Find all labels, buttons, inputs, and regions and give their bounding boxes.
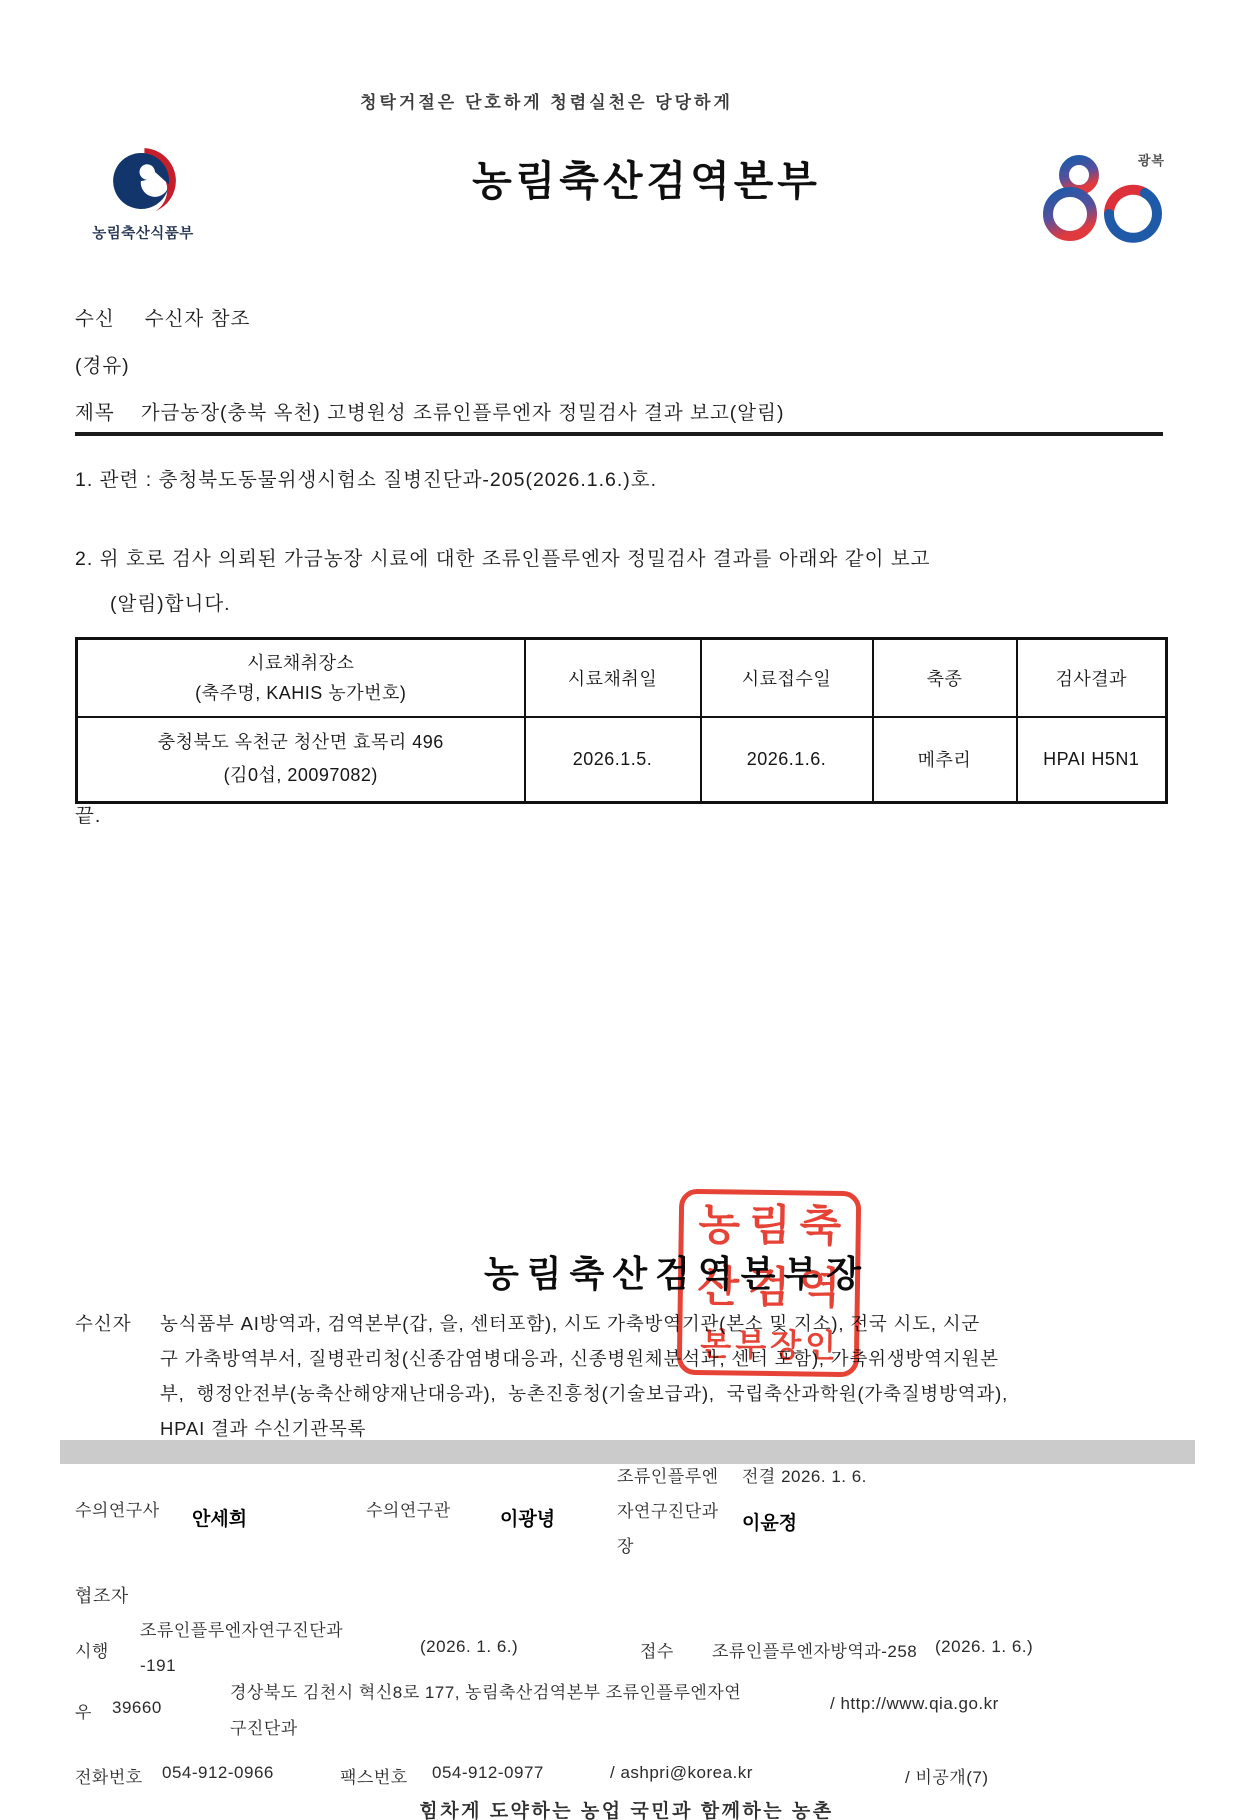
researcher-title: 수의연구사 — [75, 1496, 160, 1521]
receipt-date: (2026. 1. 6.) — [935, 1637, 1033, 1657]
director-name: 이윤정 — [742, 1508, 797, 1535]
director-approval-note: 전결 2026. 1. 6. — [742, 1462, 867, 1487]
cell-species: 메추리 — [873, 717, 1017, 803]
inspection-result-table: 시료채취장소 (축주명, KAHIS 농가번호) 시료채취일 시료접수일 축종 … — [75, 637, 1168, 804]
recipients-list: 농식품부 AI방역과, 검역본부(갑, 을, 센터포함), 시도 가축방역기관(… — [160, 1310, 1180, 1450]
senior-researcher-title: 수의연구관 — [366, 1496, 451, 1521]
cell-receive-date: 2026.1.6. — [701, 717, 873, 803]
dispatch-doc-number-line2: -191 — [140, 1656, 176, 1676]
integrity-slogan: 청탁거절은 단호하게 청렴실천은 당당하게 — [360, 88, 733, 113]
table-row: 충청북도 옥천군 청산면 효목리 496 (김0섭, 20097082) 202… — [77, 717, 1167, 803]
dispatch-label: 시행 — [75, 1637, 109, 1662]
subject-line: 제목가금농장(충북 옥천) 고병원성 조류인플루엔자 정밀검사 결과 보고(알림… — [75, 397, 784, 425]
ministry-name-label: 농림축산식품부 — [58, 222, 228, 243]
researcher-name: 안세희 — [192, 1504, 247, 1531]
phone-number: 054-912-0966 — [162, 1763, 274, 1783]
seal-text-row: 산검역 — [697, 1266, 849, 1311]
director-title-line1: 조류인플루엔 — [617, 1462, 719, 1487]
receipt-label: 접수 — [640, 1637, 674, 1662]
end-mark: 끝. — [75, 800, 101, 828]
recipients-line: 농식품부 AI방역과, 검역본부(갑, 을, 센터포함), 시도 가축방역기관(… — [160, 1310, 1180, 1345]
header-result: 검사결과 — [1017, 639, 1167, 717]
footer-slogan: 힘차게 도약하는 농업 국민과 함께하는 농촌 — [419, 1796, 833, 1820]
subject-divider-rule — [75, 432, 1163, 436]
zip-label: 우 — [75, 1698, 92, 1723]
fax-number: 054-912-0977 — [432, 1763, 544, 1783]
liberation-80th-logo: 광복 — [1035, 144, 1165, 254]
recipients-label: 수신자 — [75, 1310, 132, 1336]
senior-researcher-name: 이광녕 — [500, 1504, 555, 1531]
cooperator-label: 협조자 — [75, 1582, 129, 1608]
footer-divider-bar — [60, 1440, 1195, 1464]
recipients-line: 구 가축방역부서, 질병관리청(신종감염병대응과, 신종병원체분석과, 센터 포… — [160, 1345, 1180, 1380]
body-item-2-line1: 2. 위 호로 검사 의뢰된 가금농장 시료에 대한 조류인플루엔자 정밀검사 … — [75, 543, 931, 571]
subject-value: 가금농장(충북 옥천) 고병원성 조류인플루엔자 정밀검사 결과 보고(알림) — [141, 402, 785, 424]
email-text: / ashpri@korea.kr — [610, 1763, 753, 1783]
website-text: / http://www.qia.go.kr — [830, 1694, 999, 1714]
seal-text-row: 농림축 — [698, 1204, 850, 1249]
header-species: 축종 — [873, 639, 1017, 717]
recipient-label: 수신 — [75, 308, 115, 330]
header-receive-date: 시료접수일 — [701, 639, 873, 717]
cell-collect-date: 2026.1.5. — [525, 717, 701, 803]
header-location: 시료채취장소 (축주명, KAHIS 농가번호) — [77, 639, 525, 717]
zip-code: 39660 — [112, 1698, 162, 1718]
official-document-page: 청탁거절은 단호하게 청렴실천은 당당하게 농림축산식품부 농림축산검역본부 — [0, 0, 1253, 1820]
dispatch-doc-number-line1: 조류인플루엔자연구진단과 — [140, 1616, 343, 1641]
liberation-label: 광복 — [1138, 150, 1165, 169]
director-title-line3: 장 — [617, 1532, 634, 1557]
official-seal-stamp: 농림축 산검역 본부장인 — [677, 1189, 862, 1378]
receipt-doc-number: 조류인플루엔자방역과-258 — [712, 1637, 917, 1662]
director-title-line2: 자연구진단과 — [617, 1497, 719, 1522]
dispatch-date: (2026. 1. 6.) — [420, 1637, 518, 1657]
cell-result: HPAI H5N1 — [1017, 717, 1167, 803]
recipient-line: 수신수신자 참조 — [75, 303, 250, 331]
fax-label: 팩스번호 — [340, 1763, 408, 1788]
address-line2: 구진단과 — [230, 1714, 298, 1739]
subject-label: 제목 — [75, 402, 115, 424]
agency-title: 농림축산검역본부 — [472, 148, 821, 207]
seal-text-row: 본부장인 — [700, 1328, 840, 1362]
header-collect-date: 시료채취일 — [525, 639, 701, 717]
recipients-line: 부, 행정안전부(농축산해양재난대응과), 농촌진흥청(기술보급과), 국립축산… — [160, 1380, 1180, 1415]
body-item-2-line2: (알림)합니다. — [110, 588, 231, 616]
cell-location: 충청북도 옥천군 청산면 효목리 496 (김0섭, 20097082) — [77, 717, 525, 803]
address-line1: 경상북도 김천시 혁신8로 177, 농림축산검역본부 조류인플루엔자연 — [230, 1678, 741, 1703]
body-item-1: 1. 관련 : 충청북도동물위생시험소 질병진단과-205(2026.1.6.)… — [75, 464, 657, 492]
table-header-row: 시료채취장소 (축주명, KAHIS 농가번호) 시료채취일 시료접수일 축종 … — [77, 639, 1167, 717]
recipient-value: 수신자 참조 — [145, 308, 251, 330]
phone-label: 전화번호 — [75, 1763, 143, 1788]
via-line: (경유) — [75, 350, 130, 378]
government-emblem-icon — [108, 146, 178, 216]
disclosure-status: / 비공개(7) — [905, 1763, 989, 1788]
